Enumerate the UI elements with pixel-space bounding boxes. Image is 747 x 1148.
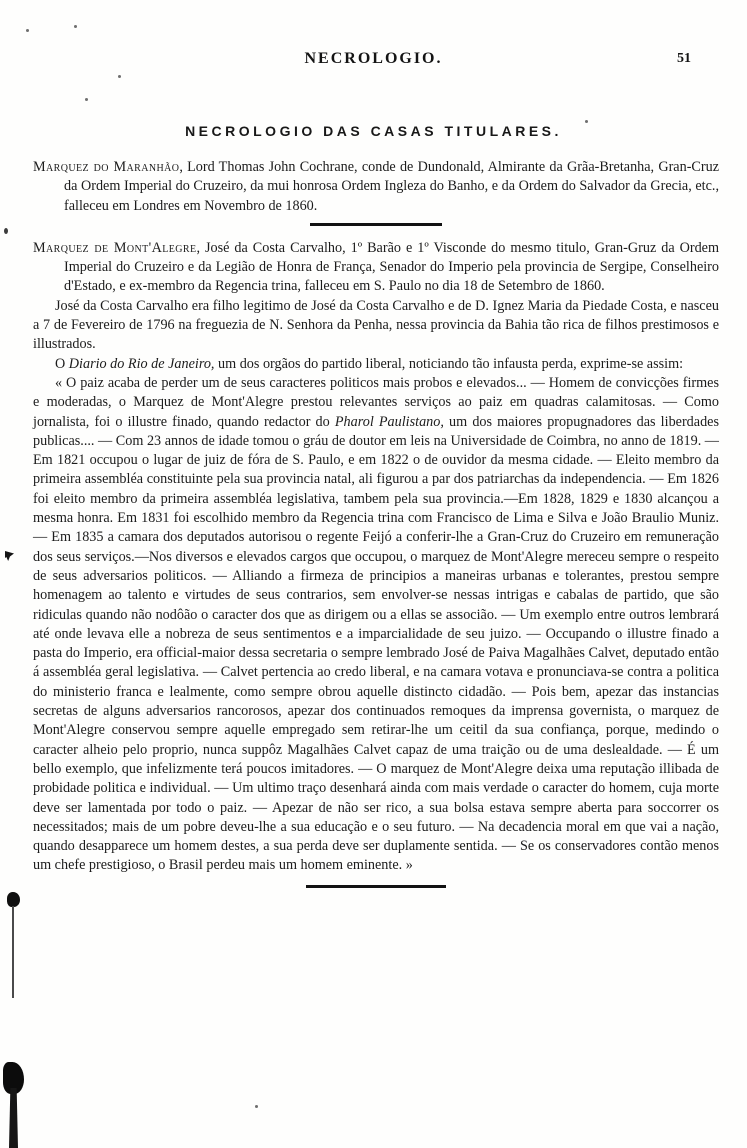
- press-intro-pre: O: [55, 356, 69, 372]
- entry-marquez-de-montalegre: Marquez de Mont'Alegre, José da Costa Ca…: [33, 239, 719, 297]
- section-divider: [310, 223, 442, 226]
- biography-paragraph: José da Costa Carvalho era filho legitim…: [33, 297, 719, 355]
- running-header-title: NECROLOGIO.: [0, 50, 747, 68]
- obituary-quote-paragraph: « O paiz acaba de perder um de seus cara…: [33, 374, 719, 876]
- text-column: Marquez do Maranhão, Lord Thomas John Co…: [33, 158, 719, 888]
- scan-speck: [255, 1105, 258, 1108]
- press-intro-journal-name: Diario do Rio de Janeiro,: [69, 356, 215, 372]
- end-divider: [306, 885, 446, 888]
- obituary-quote-part2: um dos maiores propugnadores das liberda…: [33, 414, 719, 874]
- scan-speck: [85, 98, 88, 101]
- page-number: 51: [677, 51, 691, 67]
- scan-speck: [118, 75, 121, 78]
- margin-tick-mark: [4, 228, 8, 234]
- margin-ink-blob: [7, 892, 20, 907]
- section-title: NECROLOGIO DAS CASAS TITULARES.: [0, 123, 747, 139]
- entry-name-montalegre: Marquez de Mont'Alegre: [33, 240, 196, 256]
- press-intro-post: um dos orgãos do partido liberal, notici…: [214, 356, 683, 372]
- binding-edge-streak: [9, 1088, 18, 1148]
- scanned-book-page: NECROLOGIO. 51 NECROLOGIO DAS CASAS TITU…: [0, 0, 747, 1148]
- entry-marquez-do-maranhao: Marquez do Maranhão, Lord Thomas John Co…: [33, 158, 719, 216]
- entry-name-maranhao: Marquez do Maranhão: [33, 159, 179, 175]
- scan-speck: [26, 29, 29, 32]
- margin-ink-mark: [5, 551, 14, 561]
- margin-ink-line: [12, 906, 14, 998]
- scan-speck: [585, 120, 588, 123]
- scan-speck: [74, 25, 77, 28]
- obituary-quote-journal-name: Pharol Paulistano,: [335, 414, 444, 430]
- press-intro-paragraph: O Diario do Rio de Janeiro, um dos orgão…: [33, 355, 719, 374]
